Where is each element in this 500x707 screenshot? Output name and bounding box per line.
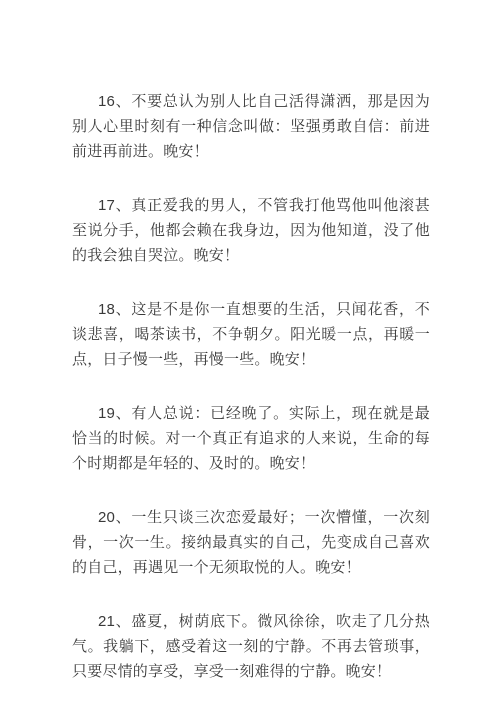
quote-paragraph-19: 19、有人总说：已经晚了。实际上，现在就是最恰当的时候。对一个真正有追求的人来说…	[72, 401, 430, 476]
quote-paragraph-20: 20、一生只谈三次恋爱最好；一次懵懂，一次刻骨，一次一生。接纳最真实的自己，先变…	[72, 505, 430, 580]
quote-paragraph-21: 21、盛夏，树荫底下。微风徐徐，吹走了几分热气。我躺下，感受着这一刻的宁静。不再…	[72, 609, 430, 684]
document-page: 16、不要总认为别人比自己活得潇洒，那是因为别人心里时刻有一种信念叫做：坚强勇敢…	[0, 0, 500, 707]
quote-paragraph-18: 18、这是不是你一直想要的生活，只闻花香，不谈悲喜，喝茶读书，不争朝夕。阳光暖一…	[72, 297, 430, 372]
quote-paragraph-16: 16、不要总认为别人比自己活得潇洒，那是因为别人心里时刻有一种信念叫做：坚强勇敢…	[72, 89, 430, 164]
quote-paragraph-17: 17、真正爱我的男人，不管我打他骂他叫他滚甚至说分手，他都会赖在我身边，因为他知…	[72, 193, 430, 268]
